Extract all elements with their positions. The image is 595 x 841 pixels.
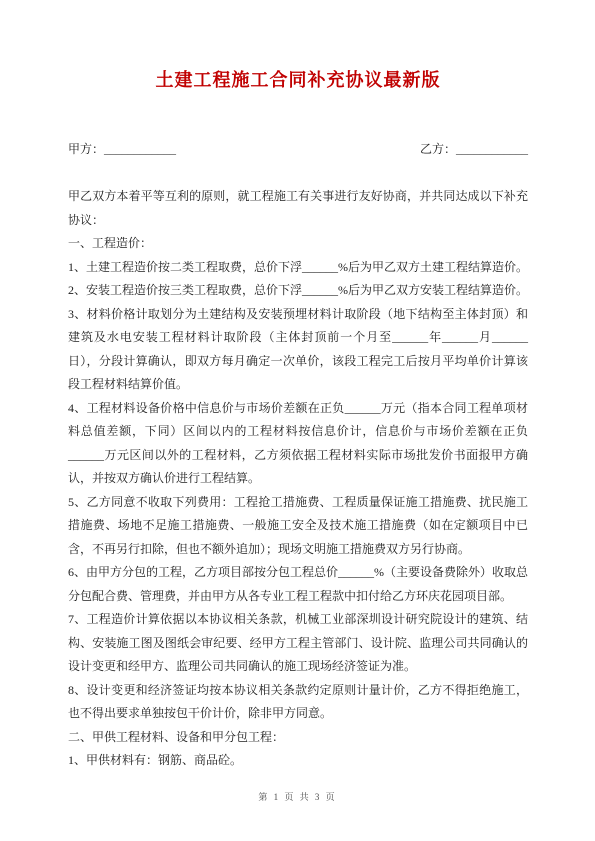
party-b-label: 乙方： xyxy=(420,142,456,156)
clause-1-3: 3、材料价格计取划分为土建结构及安装预埋材料计取阶段（地下结构至主体封顶）和建筑… xyxy=(68,303,528,397)
party-a-line: 甲方：____________ xyxy=(68,140,176,158)
clause-2-1: 1、甲供材料有：钢筋、商品砼。 xyxy=(68,749,528,773)
party-a-blank-field: ____________ xyxy=(104,140,176,158)
clause-1-6: 6、由甲方分包的工程，乙方项目部按分包工程总价______%（主要设备费除外）收… xyxy=(68,561,528,608)
paragraph-intro: 甲乙双方本着平等互利的原则，就工程施工有关事进行友好协商，并共同达成以下补充协议… xyxy=(68,185,528,232)
page-footer-indicator: 第 1 页 共 3 页 xyxy=(0,790,595,803)
section-1-heading: 一、工程造价： xyxy=(68,232,528,256)
document-page: 土建工程施工合同补充协议最新版 甲方：____________ 乙方：_____… xyxy=(0,0,595,841)
clause-1-4: 4、工程材料设备价格中信息价与市场价差额在正负______万元（指本合同工程单项… xyxy=(68,397,528,491)
clause-1-7: 7、工程造价计算依据以本协议相关条款，机械工业部深圳设计研究院设计的建筑、结构、… xyxy=(68,608,528,679)
document-title: 土建工程施工合同补充协议最新版 xyxy=(68,66,528,94)
party-b-blank-field: ____________ xyxy=(456,140,528,158)
clause-1-1: 1、土建工程造价按二类工程取费，总价下浮______%后为甲乙双方土建工程结算造… xyxy=(68,256,528,280)
contract-body: 甲乙双方本着平等互利的原则，就工程施工有关事进行友好协商，并共同达成以下补充协议… xyxy=(68,185,528,773)
document-content: 土建工程施工合同补充协议最新版 甲方：____________ 乙方：_____… xyxy=(0,0,595,773)
section-2-heading: 二、甲供工程材料、设备和甲分包工程： xyxy=(68,726,528,750)
parties-row: 甲方：____________ 乙方：____________ xyxy=(68,140,528,158)
clause-1-2: 2、安装工程造价按三类工程取费，总价下浮______%后为甲乙双方安装工程结算造… xyxy=(68,279,528,303)
clause-1-8: 8、设计变更和经济签证均按本协议相关条款约定原则计量计价，乙方不得拒绝施工，也不… xyxy=(68,679,528,726)
clause-1-5: 5、乙方同意不收取下列费用：工程抢工措施费、工程质量保证施工措施费、扰民施工措施… xyxy=(68,491,528,562)
party-b-line: 乙方：____________ xyxy=(420,140,528,158)
party-a-label: 甲方： xyxy=(68,142,104,156)
